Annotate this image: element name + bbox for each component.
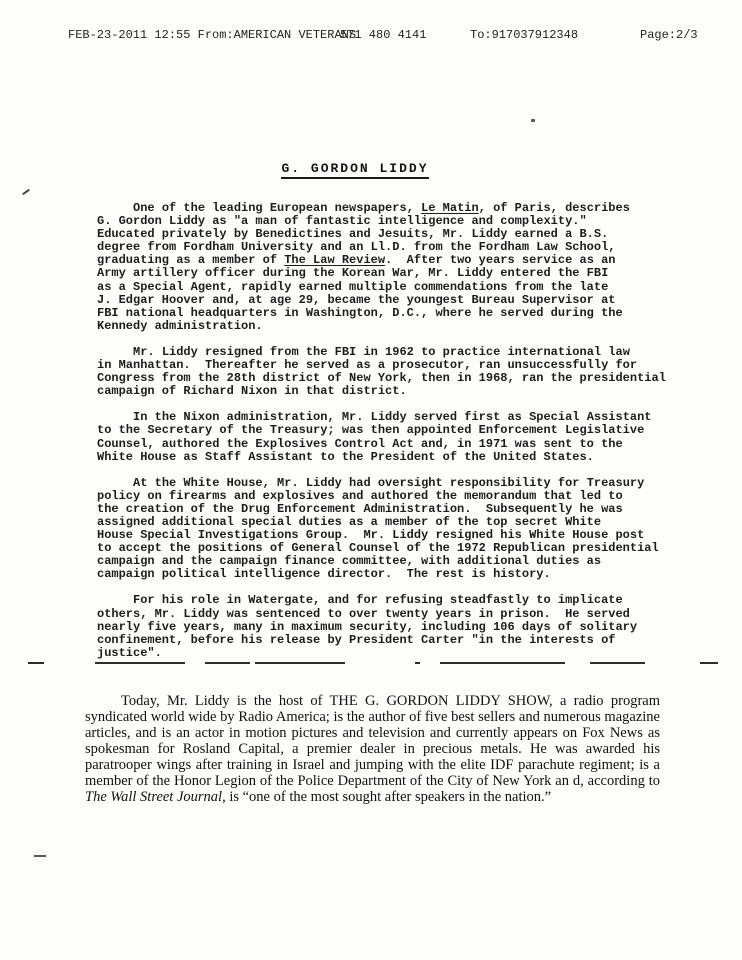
text-run-underline: The Law Review (284, 253, 385, 267)
fax-transmission-header: FEB-23-2011 12:55 From:AMERICAN VETERANS… (68, 28, 716, 44)
scan-artifact-slash (22, 189, 30, 195)
fax-header-phone: 571 480 4141 (340, 28, 426, 42)
text-run-underline: Le Matin (421, 201, 479, 215)
dashed-separator (0, 661, 742, 665)
paragraph-today-bio: Today, Mr. Liddy is the host of THE G. G… (85, 693, 660, 805)
paragraph-bio-early-life: One of the leading European newspapers, … (97, 202, 682, 333)
fax-header-date-from: FEB-23-2011 12:55 From:AMERICAN VETERANS (68, 28, 356, 42)
paragraph-watergate: For his role in Watergate, and for refus… (97, 594, 682, 659)
typed-body: One of the leading European newspapers, … (97, 202, 682, 673)
text-run: , is “one of the most sought after speak… (222, 789, 551, 805)
paragraph-fbi-resignation: Mr. Liddy resigned from the FBI in 1962 … (97, 346, 682, 398)
scan-artifact-dash (34, 855, 46, 857)
scan-artifact-dot (531, 119, 535, 122)
text-run: Today, Mr. Liddy is the host of THE G. G… (85, 693, 660, 789)
text-run: At the White House, Mr. Liddy had oversi… (97, 476, 659, 582)
paragraph-nixon-admin: In the Nixon administration, Mr. Liddy s… (97, 411, 682, 463)
title-row: G. GORDON LIDDY (0, 159, 710, 179)
text-run: In the Nixon administration, Mr. Liddy s… (97, 410, 652, 463)
fax-header-to-number: To:917037912348 (470, 28, 578, 42)
text-run-italic: The Wall Street Journal (85, 789, 222, 805)
fax-header-page-count: Page:2/3 (640, 28, 698, 42)
fax-document-page: FEB-23-2011 12:55 From:AMERICAN VETERANS… (0, 0, 742, 960)
paragraph-white-house: At the White House, Mr. Liddy had oversi… (97, 477, 682, 582)
text-run: One of the leading European newspapers, (97, 201, 421, 215)
text-run: Mr. Liddy resigned from the FBI in 1962 … (97, 345, 666, 398)
page-title: G. GORDON LIDDY (281, 161, 428, 179)
text-run: For his role in Watergate, and for refus… (97, 593, 637, 659)
